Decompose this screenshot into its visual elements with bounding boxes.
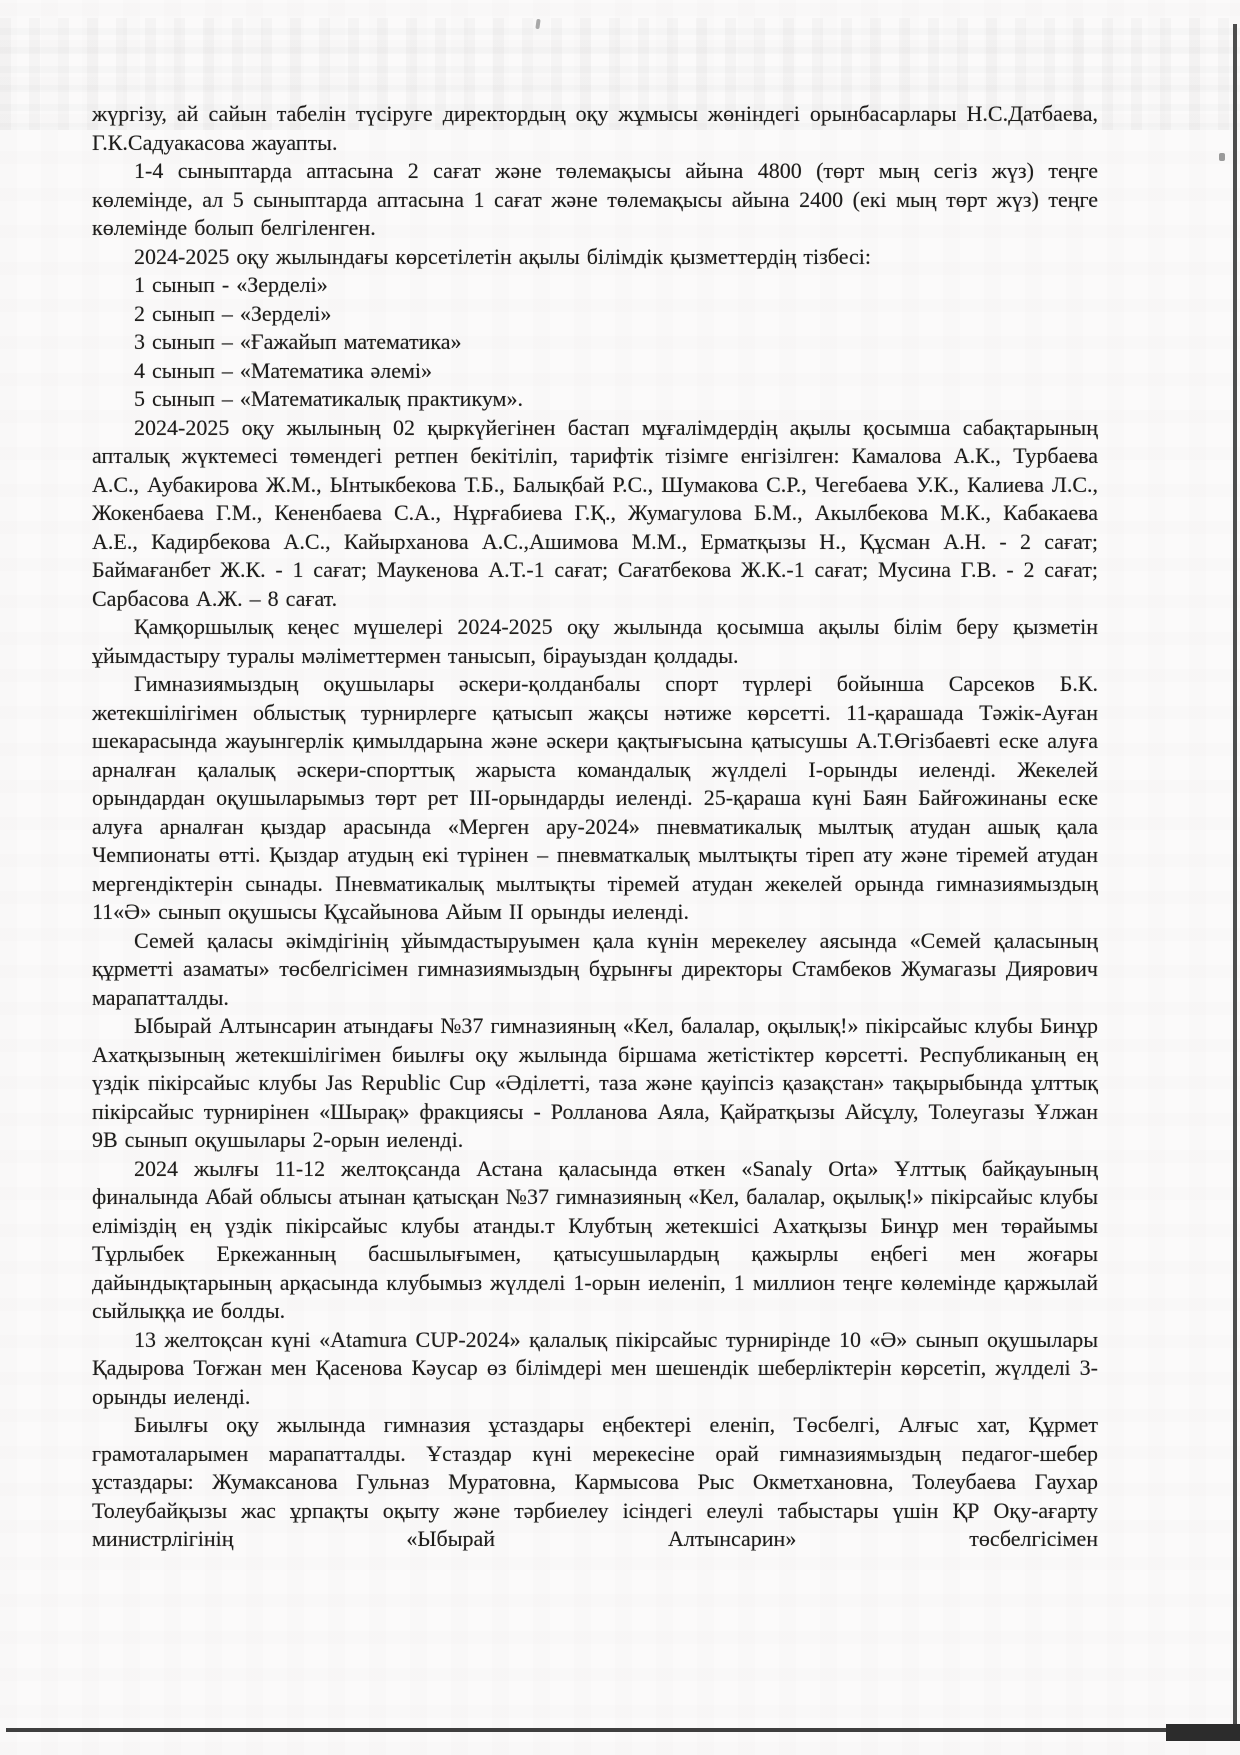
paragraph: 2024-2025 оқу жылының 02 қыркүйегінен ба… [92,414,1098,614]
paragraph: Гимназиямыздың оқушылары әскери-қолданба… [92,670,1098,927]
paragraph: Қамқоршылық кеңес мүшелері 2024-2025 оқу… [92,613,1098,670]
paragraph: 2024 жылғы 11-12 желтоқсанда Астана қала… [92,1155,1098,1326]
paragraph: 1-4 сыныптарда аптасына 2 сағат және төл… [92,157,1098,243]
scan-edge-line-right [1233,24,1237,1730]
paragraph: 2024-2025 оқу жылындағы көрсетілетін ақы… [92,243,1098,272]
scan-edge-line-bottom [6,1728,1168,1732]
list-line: 2 сынып – «Зерделі» [92,300,1098,329]
scan-corner-block [1166,1724,1240,1741]
paragraph: Семей қаласы әкімдігінің ұйымдастыруымен… [92,927,1098,1013]
paragraph: 13 желтоқсан күні «Atamura CUP-2024» қал… [92,1326,1098,1412]
list-line: 5 сынып – «Математикалық практикум». [92,385,1098,414]
scan-speck [1219,153,1225,161]
paragraph: Биылғы оқу жылында гимназия ұстаздары ең… [92,1411,1098,1554]
list-line: 4 сынып – «Математика әлемі» [92,357,1098,386]
list-line: 1 сынып - «Зерделі» [92,271,1098,300]
paragraph: жүргізу, ай сайын табелін түсіруге дирек… [92,100,1098,157]
scan-speck [535,19,540,29]
list-line: 3 сынып – «Ғажайып математика» [92,328,1098,357]
paragraph: Ыбырай Алтынсарин атындағы №37 гимназиян… [92,1012,1098,1155]
document-text-column: жүргізу, ай сайын табелін түсіруге дирек… [92,100,1098,1554]
scanned-document-page: жүргізу, ай сайын табелін түсіруге дирек… [0,0,1240,1755]
